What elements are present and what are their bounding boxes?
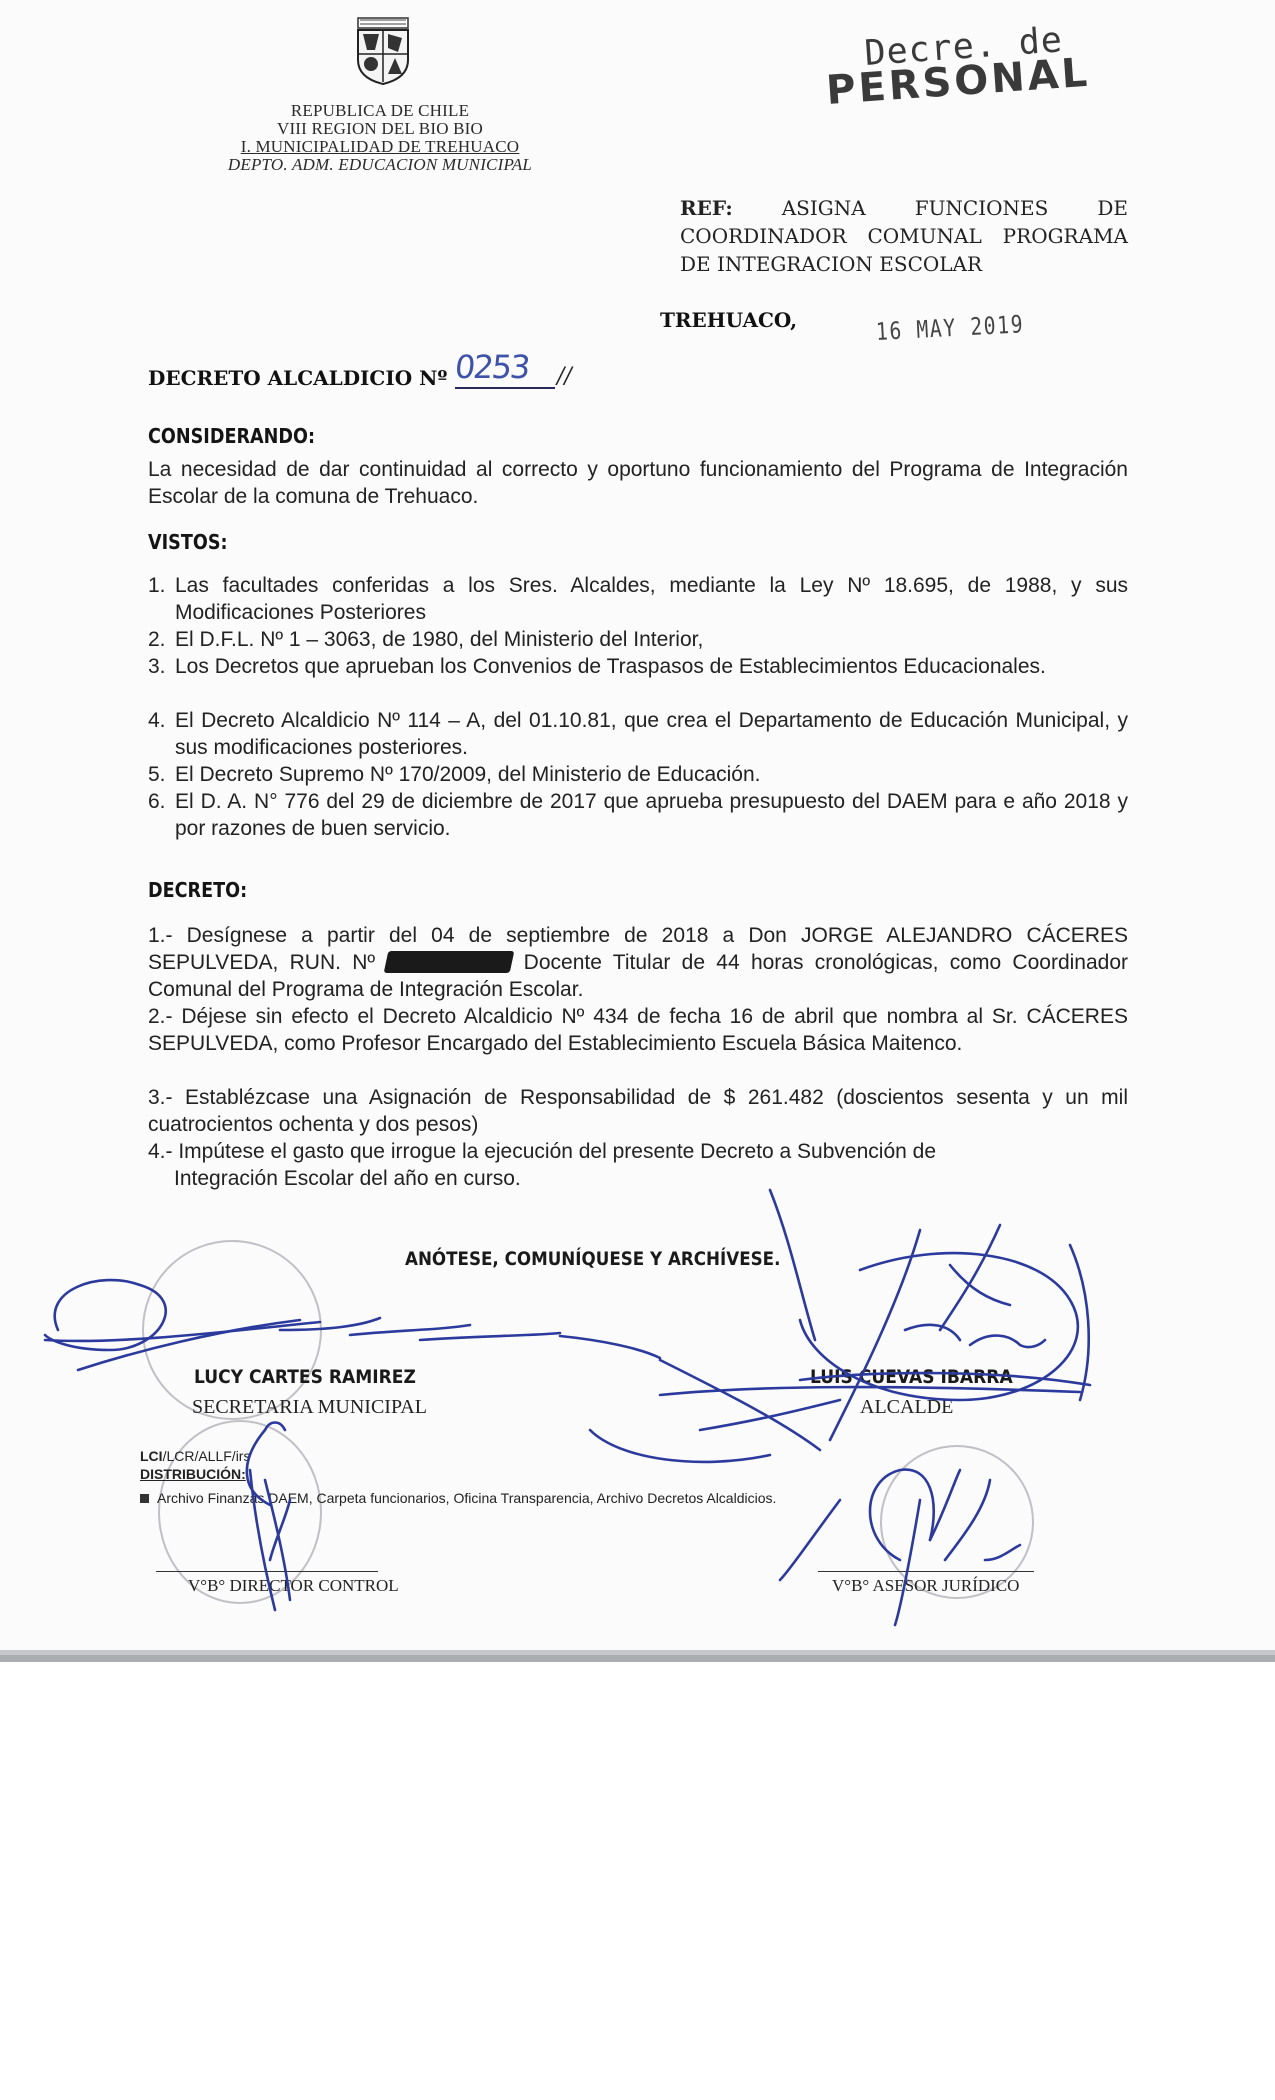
decreto-item-3: 3.- Establézcase una Asignación de Respo… — [148, 1084, 1128, 1138]
reference-block: REF: ASIGNA FUNCIONES DE COORDINADOR COM… — [680, 194, 1128, 278]
letterhead-region: VIII REGION DEL BIO BIO — [150, 120, 610, 138]
considerando-text: La necesidad de dar continuidad al corre… — [148, 456, 1128, 510]
letterhead: REPUBLICA DE CHILE VIII REGION DEL BIO B… — [150, 102, 610, 174]
letterhead-country: REPUBLICA DE CHILE — [150, 102, 610, 120]
ref-label: REF: — [680, 194, 733, 222]
scanned-document-page: REPUBLICA DE CHILE VIII REGION DEL BIO B… — [0, 0, 1275, 1650]
ref-word: ASIGNA — [782, 194, 866, 222]
signature-line-control — [156, 1571, 378, 1572]
vistos-item-number: 3. — [148, 653, 175, 680]
decreto-item-4: 4.- Impútese el gasto que irrogue la eje… — [148, 1138, 1128, 1192]
vistos-item: 5. El Decreto Supremo Nº 170/2009, del M… — [148, 761, 1128, 788]
redacted-run-number — [384, 951, 515, 973]
decreto-item-4-text-a: 4.- Impútese el gasto que irrogue la eje… — [148, 1140, 936, 1163]
vistos-item: 1. Las facultades conferidas a los Sres.… — [148, 572, 1128, 626]
initials-bold: LCI — [140, 1448, 163, 1464]
signatory-right-name: LUIS CUEVAS IBARRA — [810, 1366, 1013, 1388]
initials: LCI/LCR/ALLF/irs — [140, 1448, 250, 1464]
distribucion-list: Archivo Finanzas DAEM, Carpeta funcionar… — [140, 1490, 776, 1506]
bullet-square-icon — [140, 1494, 149, 1503]
vistos-item-text: Las facultades conferidas a los Sres. Al… — [175, 572, 1128, 626]
vistos-item-number: 2. — [148, 626, 175, 653]
ref-word: DE — [1097, 194, 1128, 222]
decreto-title: DECRETO: — [148, 878, 247, 902]
vistos-item-text: El D. A. N° 776 del 29 de diciembre de 2… — [175, 788, 1128, 842]
vistos-item: 2. El D.F.L. Nº 1 – 3063, de 1980, del M… — [148, 626, 1128, 653]
closing-formula: ANÓTESE, COMUNÍQUESE Y ARCHÍVESE. — [405, 1248, 780, 1270]
ref-word: FUNCIONES — [915, 194, 1049, 222]
decreto-item-1: 1.- Desígnese a partir del 04 de septiem… — [148, 922, 1128, 1003]
decree-number-value: 0253 — [453, 348, 530, 386]
vistos-item: 6. El D. A. N° 776 del 29 de diciembre d… — [148, 788, 1128, 842]
vistos-item-text: El Decreto Alcaldicio Nº 114 – A, del 01… — [175, 707, 1128, 761]
vb-director-control: V°B° DIRECTOR CONTROL — [188, 1576, 399, 1596]
decree-number-label: DECRETO ALCALDICIO Nº — [148, 366, 447, 390]
vistos-item-number: 4. — [148, 707, 175, 761]
ref-word: COMUNAL — [867, 222, 981, 250]
decree-number-handwritten: 0253 — [455, 350, 560, 392]
letterhead-department: DEPTO. ADM. EDUCACION MUNICIPAL — [150, 156, 610, 174]
decreto-item-4-text-b: Integración Escolar del año en curso. — [148, 1165, 1128, 1192]
decree-number-suffix: // — [557, 364, 572, 389]
initials-rest: /LCR/ALLF/irs — [163, 1448, 251, 1464]
ref-word: COORDINADOR — [680, 222, 847, 250]
vistos-item-text: Los Decretos que aprueban los Convenios … — [175, 653, 1128, 680]
vistos-item: 4. El Decreto Alcaldicio Nº 114 – A, del… — [148, 707, 1128, 761]
signatory-left-name: LUCY CARTES RAMIREZ — [194, 1366, 416, 1388]
signatory-right-role: ALCALDE — [860, 1396, 953, 1419]
ref-line3: DE INTEGRACION ESCOLAR — [680, 250, 1128, 278]
decreto-item-2: 2.- Déjese sin efecto el Decreto Alcaldi… — [148, 1003, 1128, 1057]
vistos-title: VISTOS: — [148, 530, 228, 554]
scan-edge-highlight — [0, 1650, 1275, 1655]
signature-line-legal — [818, 1571, 1034, 1572]
decree-number-underline — [455, 387, 555, 389]
letterhead-municipality: I. MUNICIPALIDAD DE TREHUACO — [150, 138, 610, 156]
municipal-coat-of-arms-icon — [352, 16, 414, 86]
distribucion-title: DISTRIBUCIÓN: — [140, 1466, 246, 1482]
vistos-item-number: 6. — [148, 788, 175, 842]
place-name: TREHUACO, — [660, 308, 797, 332]
vistos-item-number: 5. — [148, 761, 175, 788]
signatory-left-role: SECRETARIA MUNICIPAL — [192, 1396, 427, 1419]
considerando-title: CONSIDERANDO: — [148, 424, 315, 448]
secretary-seal — [142, 1240, 322, 1420]
vb-asesor-juridico: V°B° ASESOR JURÍDICO — [832, 1576, 1019, 1596]
vistos-item-text: El Decreto Supremo Nº 170/2009, del Mini… — [175, 761, 1128, 788]
distribucion-text: Archivo Finanzas DAEM, Carpeta funcionar… — [157, 1490, 776, 1506]
ref-word: PROGRAMA — [1003, 222, 1128, 250]
vistos-item: 3. Los Decretos que aprueban los Conveni… — [148, 653, 1128, 680]
vistos-item-number: 1. — [148, 572, 175, 626]
vistos-item-text: El D.F.L. Nº 1 – 3063, de 1980, del Mini… — [175, 626, 1128, 653]
date-stamp: 16 MAY 2019 — [875, 310, 1025, 346]
